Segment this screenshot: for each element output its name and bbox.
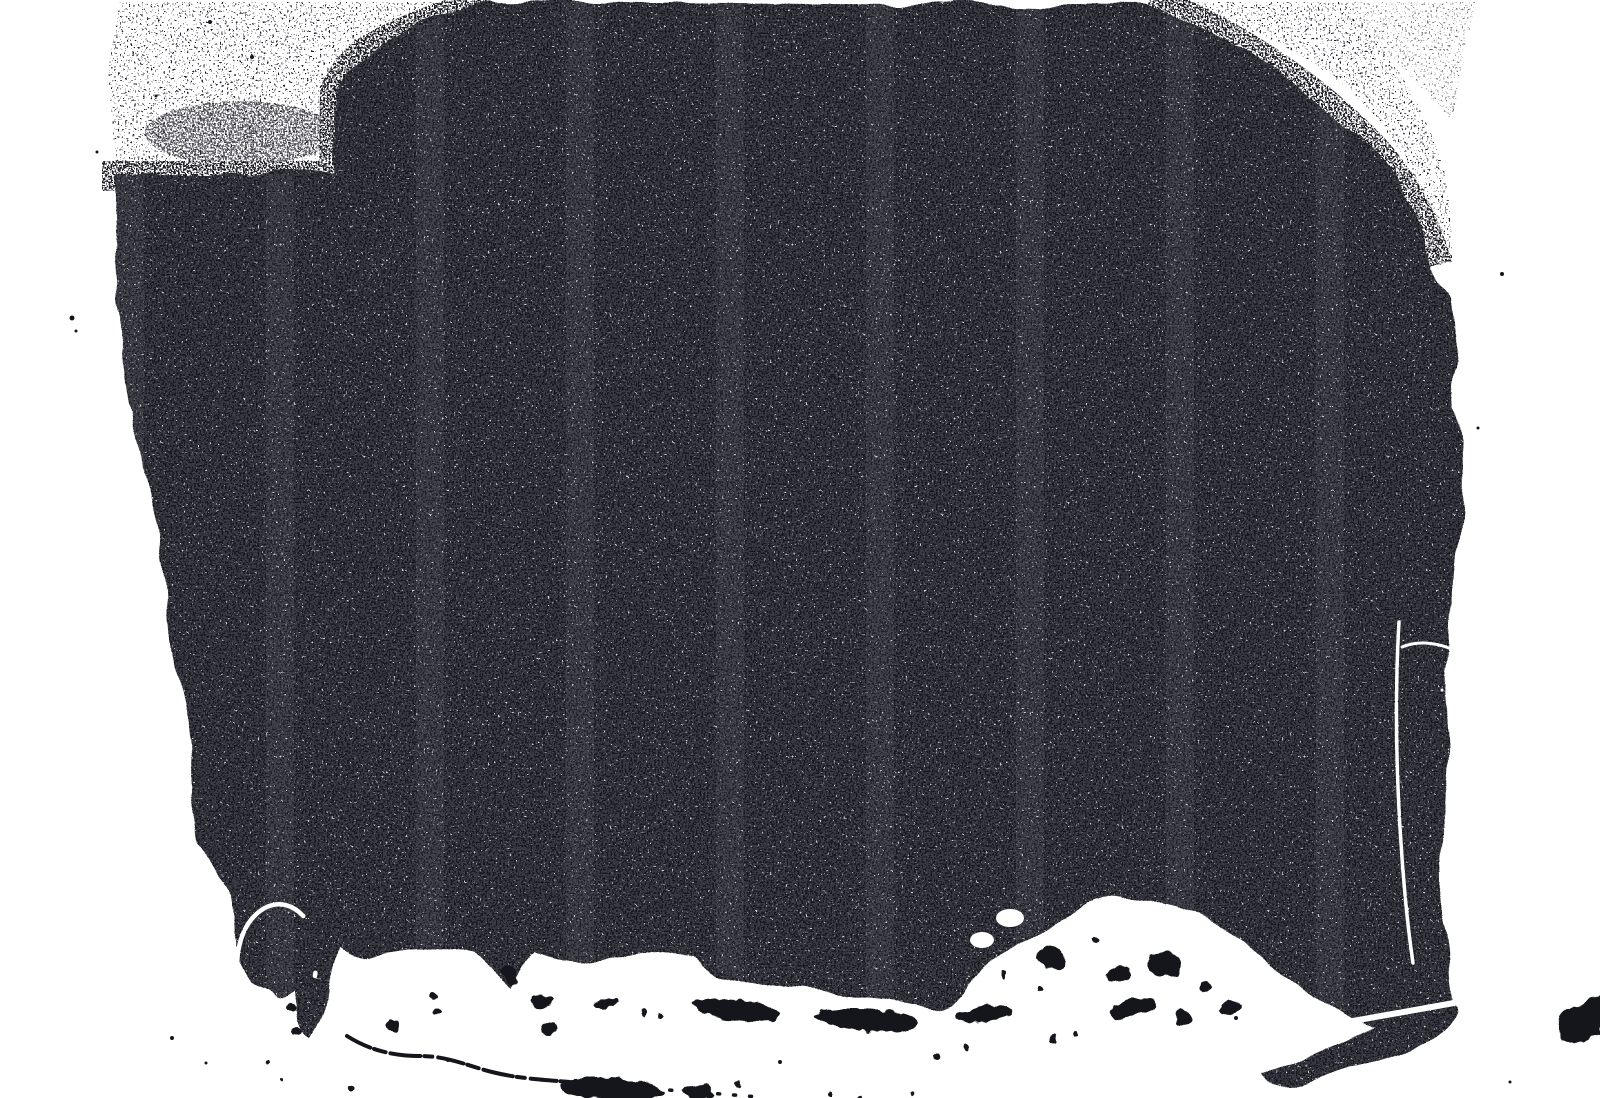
debris-fragment — [385, 1018, 399, 1030]
stray-dot — [446, 1058, 450, 1062]
debris-fragment — [640, 1011, 646, 1017]
white-speck — [1441, 689, 1444, 692]
cloud-fragment — [1200, 982, 1212, 994]
stray-dot — [1500, 272, 1504, 276]
stray-dot — [70, 316, 75, 321]
scanned-photo: High-contrast halftone (dithered) scan o… — [0, 0, 1600, 1098]
debris-fragment — [658, 1014, 663, 1019]
cloud-fragment — [1037, 987, 1043, 993]
stray-dot — [170, 1036, 174, 1040]
stray-dot — [1509, 1081, 1512, 1084]
debris-fragment — [287, 1001, 297, 1011]
stray-dot — [778, 1060, 782, 1064]
debris-fragment — [542, 1022, 556, 1036]
stray-dot — [1234, 1016, 1238, 1020]
debris-fragment — [293, 1028, 301, 1036]
debris-fragment — [348, 1084, 356, 1092]
debris-fragment — [935, 1055, 940, 1060]
stray-dot — [155, 95, 158, 98]
cloud-fragment — [1092, 937, 1098, 943]
white-speck — [1446, 679, 1451, 684]
debris-fragment — [434, 1008, 440, 1014]
debris-fragment — [910, 1092, 914, 1096]
white-pocket — [996, 909, 1024, 927]
stray-dot — [205, 1062, 208, 1065]
white-pocket — [970, 932, 994, 948]
cloud-fragment — [1002, 972, 1008, 978]
stray-dot — [96, 151, 99, 154]
cloud-fragment — [1174, 1010, 1190, 1026]
top-left-speckle-patch — [145, 101, 335, 165]
debris-fragment — [277, 1078, 281, 1082]
stray-dot — [75, 330, 78, 333]
debris-fragment — [429, 993, 437, 1001]
debris-fragment — [1073, 1031, 1079, 1037]
debris-fragment — [266, 1060, 271, 1065]
halftone-canvas: High-contrast halftone (dithered) scan o… — [0, 0, 1600, 1098]
stray-dot — [250, 55, 254, 59]
debris-fragment — [828, 1091, 834, 1097]
stray-dot — [1477, 427, 1480, 430]
stray-dot — [208, 20, 212, 24]
debris-fragment — [963, 1043, 969, 1049]
cloud-fragment — [1110, 1006, 1130, 1018]
debris-fragment — [1049, 1036, 1057, 1044]
debris-fragment — [736, 1082, 742, 1088]
